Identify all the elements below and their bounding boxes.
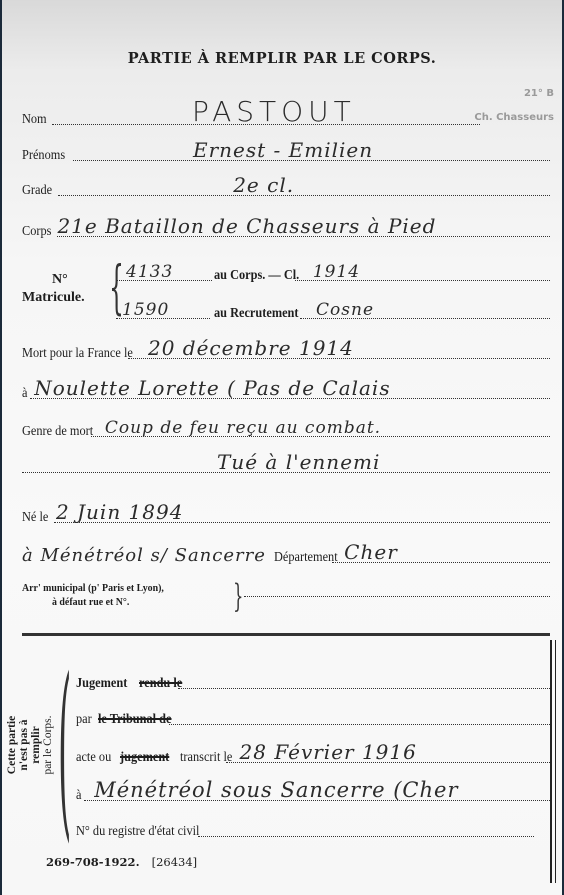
- matricule-corps-line: 4133: [116, 280, 212, 281]
- transcrit-lieu-label: à: [76, 788, 81, 804]
- recrutement-line: Cosne: [300, 318, 550, 319]
- side-note-line-3: par le Corps.: [42, 704, 54, 786]
- field-tribunal: par le Tribunal de: [76, 706, 550, 728]
- jugement-line: [178, 688, 550, 689]
- field-transcrit-lieu: à Ménétréol sous Sancerre (Cher: [76, 778, 550, 804]
- jugement-struck-label: rendu le: [139, 676, 182, 692]
- arr-municipal-label-1: Arr' municipal (p' Paris et Lyon),: [22, 582, 164, 594]
- tribunal-label: par: [76, 712, 92, 728]
- prenoms-line: Ernest - Emilien: [73, 160, 550, 161]
- right-border-rule-2: [555, 640, 556, 883]
- tribunal-line: [169, 724, 550, 725]
- genre-mort-value-2: Tué à l'ennemi: [217, 450, 380, 474]
- field-registre: N° du registre d'état civil: [76, 818, 550, 840]
- grade-value: 2e cl.: [233, 173, 294, 197]
- matricule-corps-number: 4133: [126, 262, 173, 282]
- registre-label: N° du registre d'état civil: [76, 824, 199, 840]
- recrutement-value: Cosne: [316, 300, 374, 320]
- jugement-label: Jugement: [76, 676, 127, 692]
- field-matricule-corps: 4133 au Corps. — Cl. 1914: [114, 262, 550, 284]
- genre-mort-value: Coup de feu reçu au combat.: [105, 418, 381, 438]
- ne-le-value: 2 Juin 1894: [56, 500, 184, 524]
- arr-municipal-label-2: à défaut rue et N°.: [52, 596, 129, 608]
- nom-value: PASTOUT: [192, 95, 356, 128]
- field-ne-lieu: à Ménétréol s/ Sancerre Département Cher: [22, 540, 550, 566]
- section-divider: [22, 633, 550, 636]
- nom-label: Nom: [22, 112, 47, 128]
- classe-line: 1914: [295, 280, 550, 281]
- field-nom: Nom PASTOUT: [22, 104, 550, 128]
- field-genre-mort: Genre de mort Coup de feu reçu au combat…: [22, 414, 550, 440]
- right-border-rule-1: [550, 640, 552, 883]
- footer-print-ref: 269-708-1922. [26434]: [46, 855, 197, 869]
- transcrit-lieu-value: Ménétréol sous Sancerre (Cher: [94, 778, 458, 802]
- prenoms-value: Ernest - Emilien: [193, 138, 373, 162]
- field-prenoms: Prénoms Ernest - Emilien: [22, 140, 550, 164]
- unit-stamp-line1: 21° B: [524, 88, 554, 99]
- matricule-no-label: N°: [52, 272, 68, 288]
- grade-label: Grade: [22, 183, 52, 199]
- arr-municipal-line: [244, 596, 550, 597]
- civil-section-brace: (: [58, 654, 71, 844]
- classe-value: 1914: [313, 262, 360, 282]
- field-ne-le: Né le 2 Juin 1894: [22, 502, 550, 526]
- field-mort-date: Mort pour la France le 20 décembre 1914: [22, 338, 550, 362]
- transcrit-label-a: acte ou: [76, 750, 111, 766]
- field-grade: Grade 2e cl.: [22, 175, 550, 199]
- field-arr-municipal: [242, 586, 550, 600]
- ne-lieu-value: à Ménétréol s/ Sancerre: [22, 545, 266, 566]
- mort-date-line: 20 décembre 1914: [128, 358, 550, 359]
- matricule-recrutement-line: 1590: [116, 318, 210, 319]
- transcrit-value: 28 Février 1916: [240, 740, 417, 764]
- au-corps-label: au Corps. — Cl.: [214, 268, 299, 284]
- prenoms-label: Prénoms: [22, 148, 65, 164]
- mort-date-label: Mort pour la France le: [22, 346, 133, 362]
- death-record-card: PARTIE À REMPLIR PAR LE CORPS. 21° B Ch.…: [2, 0, 562, 895]
- transcrit-line: 28 Février 1916: [226, 762, 550, 763]
- tribunal-struck-label: le Tribunal de: [98, 712, 171, 728]
- departement-value: Cher: [344, 540, 398, 564]
- departement-label: Département: [274, 550, 338, 566]
- field-mort-lieu: à Noulette Lorette ( Pas de Calais: [22, 376, 550, 402]
- side-note-line-2: n'est pas à remplir: [18, 704, 42, 786]
- ne-le-line: 2 Juin 1894: [54, 522, 550, 523]
- field-jugement: Jugement rendu le: [76, 670, 550, 692]
- corps-line: 21e Bataillon de Chasseurs à Pied: [57, 236, 550, 237]
- print-reference: 269-708-1922.: [46, 855, 140, 869]
- field-corps: Corps 21e Bataillon de Chasseurs à Pied: [22, 214, 550, 240]
- transcrit-label-b: transcrit le: [180, 750, 232, 766]
- form-number: [26434]: [152, 855, 198, 869]
- ne-le-label: Né le: [22, 510, 48, 526]
- mort-lieu-value: Noulette Lorette ( Pas de Calais: [34, 376, 390, 400]
- matricule-recrutement-number: 1590: [122, 300, 169, 320]
- field-matricule-recrutement: 1590 au Recrutement Cosne: [114, 300, 550, 322]
- nom-line: PASTOUT: [52, 124, 480, 125]
- mort-date-value: 20 décembre 1914: [148, 336, 354, 360]
- registre-line: [198, 836, 534, 837]
- field-genre-mort-2: Tué à l'ennemi: [22, 452, 550, 476]
- grade-line: 2e cl.: [58, 195, 550, 196]
- mort-lieu-line: Noulette Lorette ( Pas de Calais: [30, 398, 550, 399]
- transcrit-struck-label: jugement: [120, 750, 169, 766]
- au-recrutement-label: au Recrutement: [214, 306, 299, 322]
- transcrit-lieu-line: Ménétréol sous Sancerre (Cher: [84, 800, 550, 801]
- field-transcrit: acte ou jugement transcrit le 28 Février…: [76, 742, 550, 766]
- side-note-line-1: Cette partie: [6, 704, 18, 786]
- corps-label: Corps: [22, 224, 51, 240]
- genre-mort-label: Genre de mort: [22, 424, 93, 440]
- corps-value: 21e Bataillon de Chasseurs à Pied: [57, 214, 436, 238]
- matricule-label: Matricule.: [22, 290, 85, 306]
- form-title: PARTIE À REMPLIR PAR LE CORPS.: [2, 50, 562, 67]
- mort-lieu-label: à: [22, 386, 27, 402]
- genre-mort-line: Coup de feu reçu au combat.: [91, 436, 550, 437]
- departement-line: Cher: [332, 562, 550, 563]
- genre-mort-line-2: Tué à l'ennemi: [22, 472, 550, 473]
